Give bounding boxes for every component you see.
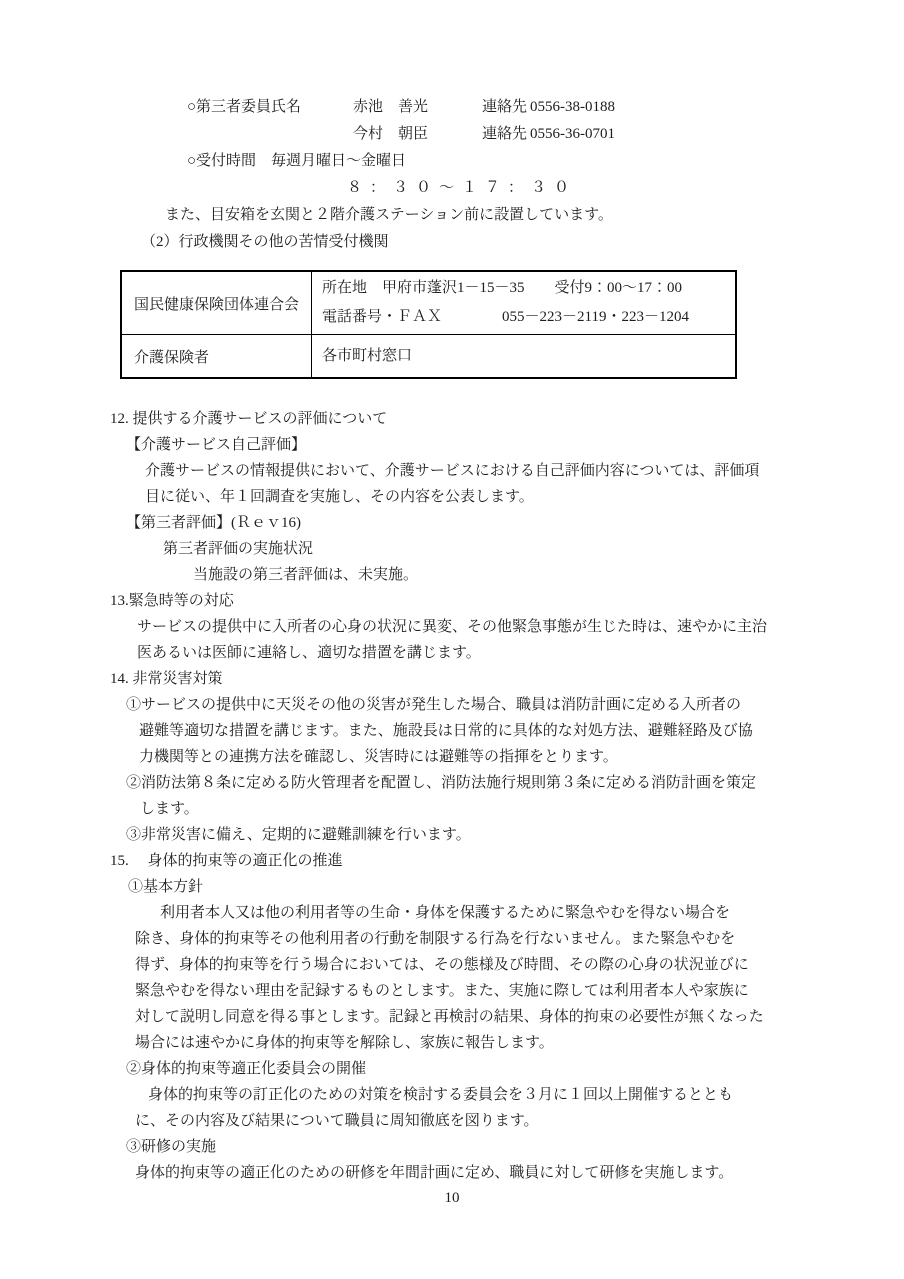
committee-label: ○第三者委員氏名 (187, 94, 301, 121)
org-phone-line: 電話番号・ＦＡＸ 055－223－2119・223－1204 (322, 303, 735, 332)
body-line: 身体的拘束等の適正化のための研修を年間計画に定め、職員に対して研修を実施します。 (0, 1160, 904, 1186)
body-lines: 12. 提供する介護サービスの評価について【介護サービス自己評価】介護サービスの… (0, 406, 904, 1186)
body-line: します。 (0, 796, 904, 822)
committee-member-name: 今村 朝臣 (353, 121, 428, 148)
body-line: 【介護サービス自己評価】 (0, 432, 904, 458)
reception-hours-line: ○受付時間 毎週月曜日～金曜日 (0, 148, 904, 175)
suggestion-box-line: また、目安箱を玄関と２階介護ステーション前に設置しています。 (0, 202, 904, 229)
subsection-title-line: （2）行政機関その他の苦情受付機関 (0, 229, 904, 256)
body-line: 第三者評価の実施状況 (0, 536, 904, 562)
body-line: 医あるいは医師に連絡し、適切な措置を講じます。 (0, 640, 904, 666)
document-page: ○第三者委員氏名 赤池 善光 連絡先 0556-38-0188 今村 朝臣 連絡… (0, 0, 904, 1279)
body-line: 目に従い、年１回調査を実施し、その内容を公表します。 (0, 484, 904, 510)
body-line: ②身体的拘束等適正化委員会の開催 (0, 1056, 904, 1082)
body-line: 15. 身体的拘束等の適正化の推進 (0, 848, 904, 874)
org-detail-cell: 各市町村窓口 (312, 335, 735, 377)
subsection-title: （2）行政機関その他の苦情受付機関 (141, 229, 389, 256)
body-line: サービスの提供中に入所者の心身の状況に異変、その他緊急事態が生じた時は、速やかに… (0, 614, 904, 640)
body-line: 力機関等との連携方法を確認し、災害時には避難等の指揮をとります。 (0, 744, 904, 770)
org-name-cell: 介護保険者 (122, 335, 312, 377)
body-line: 【第三者評価】(Ｒｅｖ16) (0, 510, 904, 536)
page-number: 10 (445, 1190, 460, 1206)
body-line: に、その内容及び結果について職員に周知徹底を図ります。 (0, 1108, 904, 1134)
body-line: ③非常災害に備え、定期的に避難訓練を行います。 (0, 822, 904, 848)
body-line: 緊急やむを得ない理由を記録するものとします。また、実施に際しては利用者本人や家族… (0, 978, 904, 1004)
table-row: 国民健康保険団体連合会 所在地 甲府市蓬沢1－15－35 受付9：00～17：0… (122, 272, 735, 334)
body-line: ①基本方針 (0, 874, 904, 900)
body-line: 身体的拘束等の訂正化のための対策を検討する委員会を３月に１回以上開催するととも (0, 1082, 904, 1108)
contact-label: 連絡先 (482, 121, 527, 148)
body-line: ①サービスの提供中に天災その他の災害が発生した場合、職員は消防計画に定める入所者… (0, 692, 904, 718)
body-line: 14. 非常災害対策 (0, 666, 904, 692)
contact-label: 連絡先 (482, 94, 527, 121)
body-line: 避難等適切な措置を講じます。また、施設長は日常的に具体的な対処方法、避難経路及び… (0, 718, 904, 744)
body-line: 除き、身体的拘束等その他利用者の行動を制限する行為を行ないません。また緊急やむを (0, 926, 904, 952)
org-address-line: 所在地 甲府市蓬沢1－15－35 受付9：00～17：00 (322, 274, 735, 303)
org-name-cell: 国民健康保険団体連合会 (122, 272, 312, 334)
body-line: 場合には速やかに身体的拘束等を解除し、家族に報告します。 (0, 1030, 904, 1056)
complaint-contact-section: ○第三者委員氏名 赤池 善光 連絡先 0556-38-0188 今村 朝臣 連絡… (0, 94, 904, 256)
agency-table: 国民健康保険団体連合会 所在地 甲府市蓬沢1－15－35 受付9：00～17：0… (120, 270, 737, 379)
body-line: ③研修の実施 (0, 1134, 904, 1160)
committee-line-2: 今村 朝臣 連絡先 0556-36-0701 (0, 121, 904, 148)
body-line: 13.緊急時等の対応 (0, 588, 904, 614)
body-line: 当施設の第三者評価は、未実施。 (0, 562, 904, 588)
table-row: 介護保険者 各市町村窓口 (122, 334, 735, 377)
body-line: 対して説明し同意を得る事とします。記録と再検討の結果、身体的拘束の必要性が無くな… (0, 1004, 904, 1030)
suggestion-box-note: また、目安箱を玄関と２階介護ステーション前に設置しています。 (165, 202, 613, 229)
contact-phone: 0556-38-0188 (530, 94, 615, 121)
body-line: ②消防法第８条に定める防火管理者を配置し、消防法施行規則第３条に定める消防計画を… (0, 770, 904, 796)
body-line: 12. 提供する介護サービスの評価について (0, 406, 904, 432)
committee-line-1: ○第三者委員氏名 赤池 善光 連絡先 0556-38-0188 (0, 94, 904, 121)
body-line: 得ず、身体的拘束等を行う場合においては、その態様及び時間、その際の心身の状況並び… (0, 952, 904, 978)
org-detail-cell: 所在地 甲府市蓬沢1－15－35 受付9：00～17：00 電話番号・ＦＡＸ 0… (312, 272, 735, 334)
body-line: 利用者本人又は他の利用者等の生命・身体を保護するために緊急やむを得ない場合を (0, 900, 904, 926)
contact-phone: 0556-36-0701 (530, 121, 615, 148)
body-line: 介護サービスの情報提供において、介護サービスにおける自己評価内容については、評価… (0, 458, 904, 484)
reception-time: ８：３０～１７：３０ (347, 175, 577, 202)
page-footer: 10 (0, 1190, 904, 1207)
org-detail-line: 各市町村窓口 (322, 342, 735, 371)
committee-member-name: 赤池 善光 (353, 94, 428, 121)
reception-hours: ○受付時間 毎週月曜日～金曜日 (187, 148, 406, 175)
reception-time-line: ８：３０～１７：３０ (0, 175, 904, 202)
